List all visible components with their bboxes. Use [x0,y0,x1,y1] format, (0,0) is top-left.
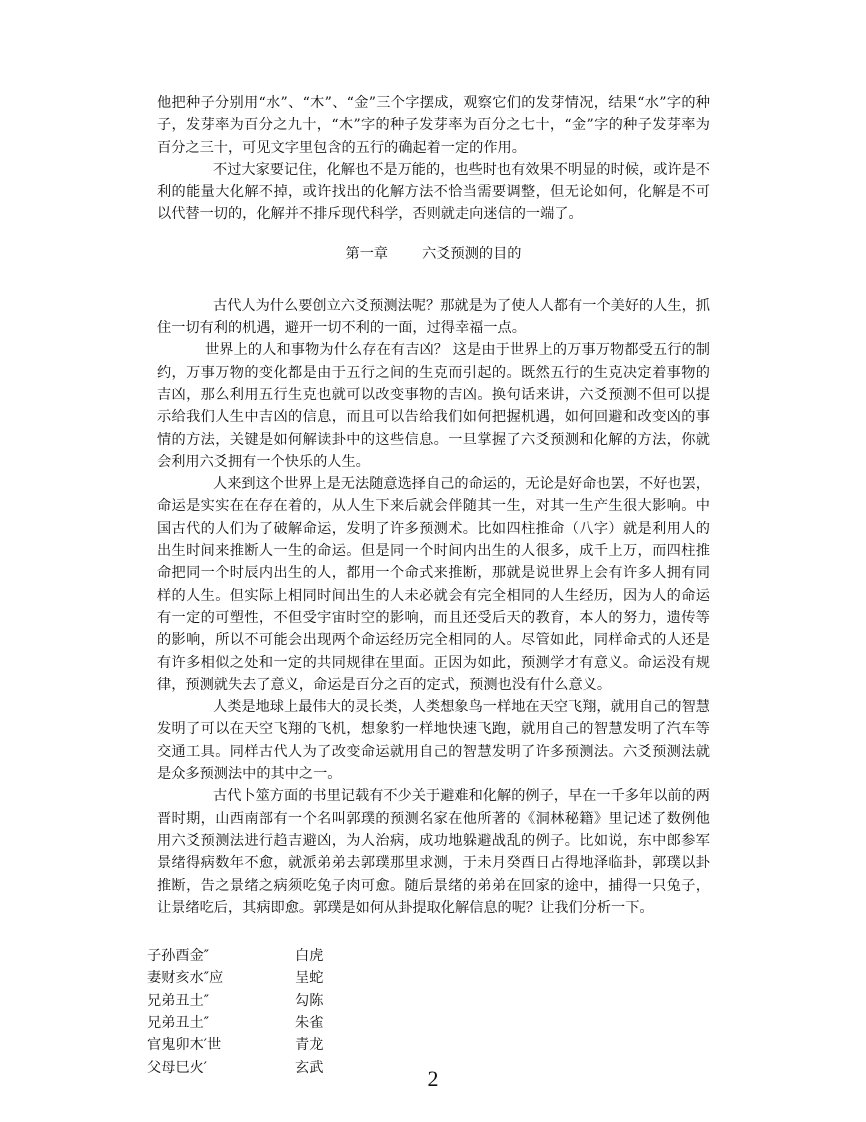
hexagram-row: 子孙酉金″ 白虎 [147,945,710,967]
hexagram-row: 兄弟丑土″ 朱雀 [147,1012,710,1034]
paragraph: 世界上的人和事物为什么存在有吉凶？ 这是由于世界上的万事万物都受五行的制约，万事… [157,339,710,473]
paragraph: 古代卜筮方面的书里记载有不少关于避难和化解的例子，早在一千多年以前的两晋时期，山… [157,785,710,919]
six-beast: 青龙 [295,1034,323,1056]
six-beast: 朱雀 [295,1012,323,1034]
six-beast: 呈蛇 [295,967,323,989]
hexagram-row: 兄弟丑土″ 勾陈 [147,990,710,1012]
yao-label: 妻财亥水″应 [147,967,295,989]
yao-label: 兄弟丑土″ [147,990,295,1012]
six-beast: 白虎 [295,945,323,967]
chapter-number: 第一章 [346,246,389,262]
page-number: 2 [0,1066,866,1092]
paragraph: 古代人为什么要创立六爻预测法呢？那就是为了使人人都有一个美好的人生，抓住一切有利… [157,295,710,340]
six-beast: 勾陈 [295,990,323,1012]
paragraph: 他把种子分别用“水”、“木”、“金”三个字摆成，观察它们的发芽情况，结果“水”字… [157,92,710,159]
chapter-heading: 第一章六爻预测的目的 [157,243,710,265]
yao-label: 子孙酉金″ [147,945,295,967]
paragraph: 人来到这个世界上是无法随意选择自己的命运的，无论是好命也罢，不好也罢，命运是实实… [157,473,710,696]
document-page: 他把种子分别用“水”、“木”、“金”三个字摆成，观察它们的发芽情况，结果“水”字… [157,92,710,1079]
yao-label: 官鬼卯木′世 [147,1034,295,1056]
hexagram-row: 妻财亥水″应 呈蛇 [147,967,710,989]
hexagram-row: 官鬼卯木′世 青龙 [147,1034,710,1056]
hexagram-table: 子孙酉金″ 白虎 妻财亥水″应 呈蛇 兄弟丑土″ 勾陈 兄弟丑土″ 朱雀 官鬼卯… [147,945,710,1079]
paragraph: 不过大家要记住，化解也不是万能的，也些时也有效果不明显的时候，或许是不利的能量大… [157,159,710,226]
yao-label: 兄弟丑土″ [147,1012,295,1034]
paragraph: 人类是地球上最伟大的灵长类，人类想象鸟一样地在天空飞翔，就用自己的智慧发明了可以… [157,696,710,785]
chapter-title: 六爻预测的目的 [422,246,521,262]
